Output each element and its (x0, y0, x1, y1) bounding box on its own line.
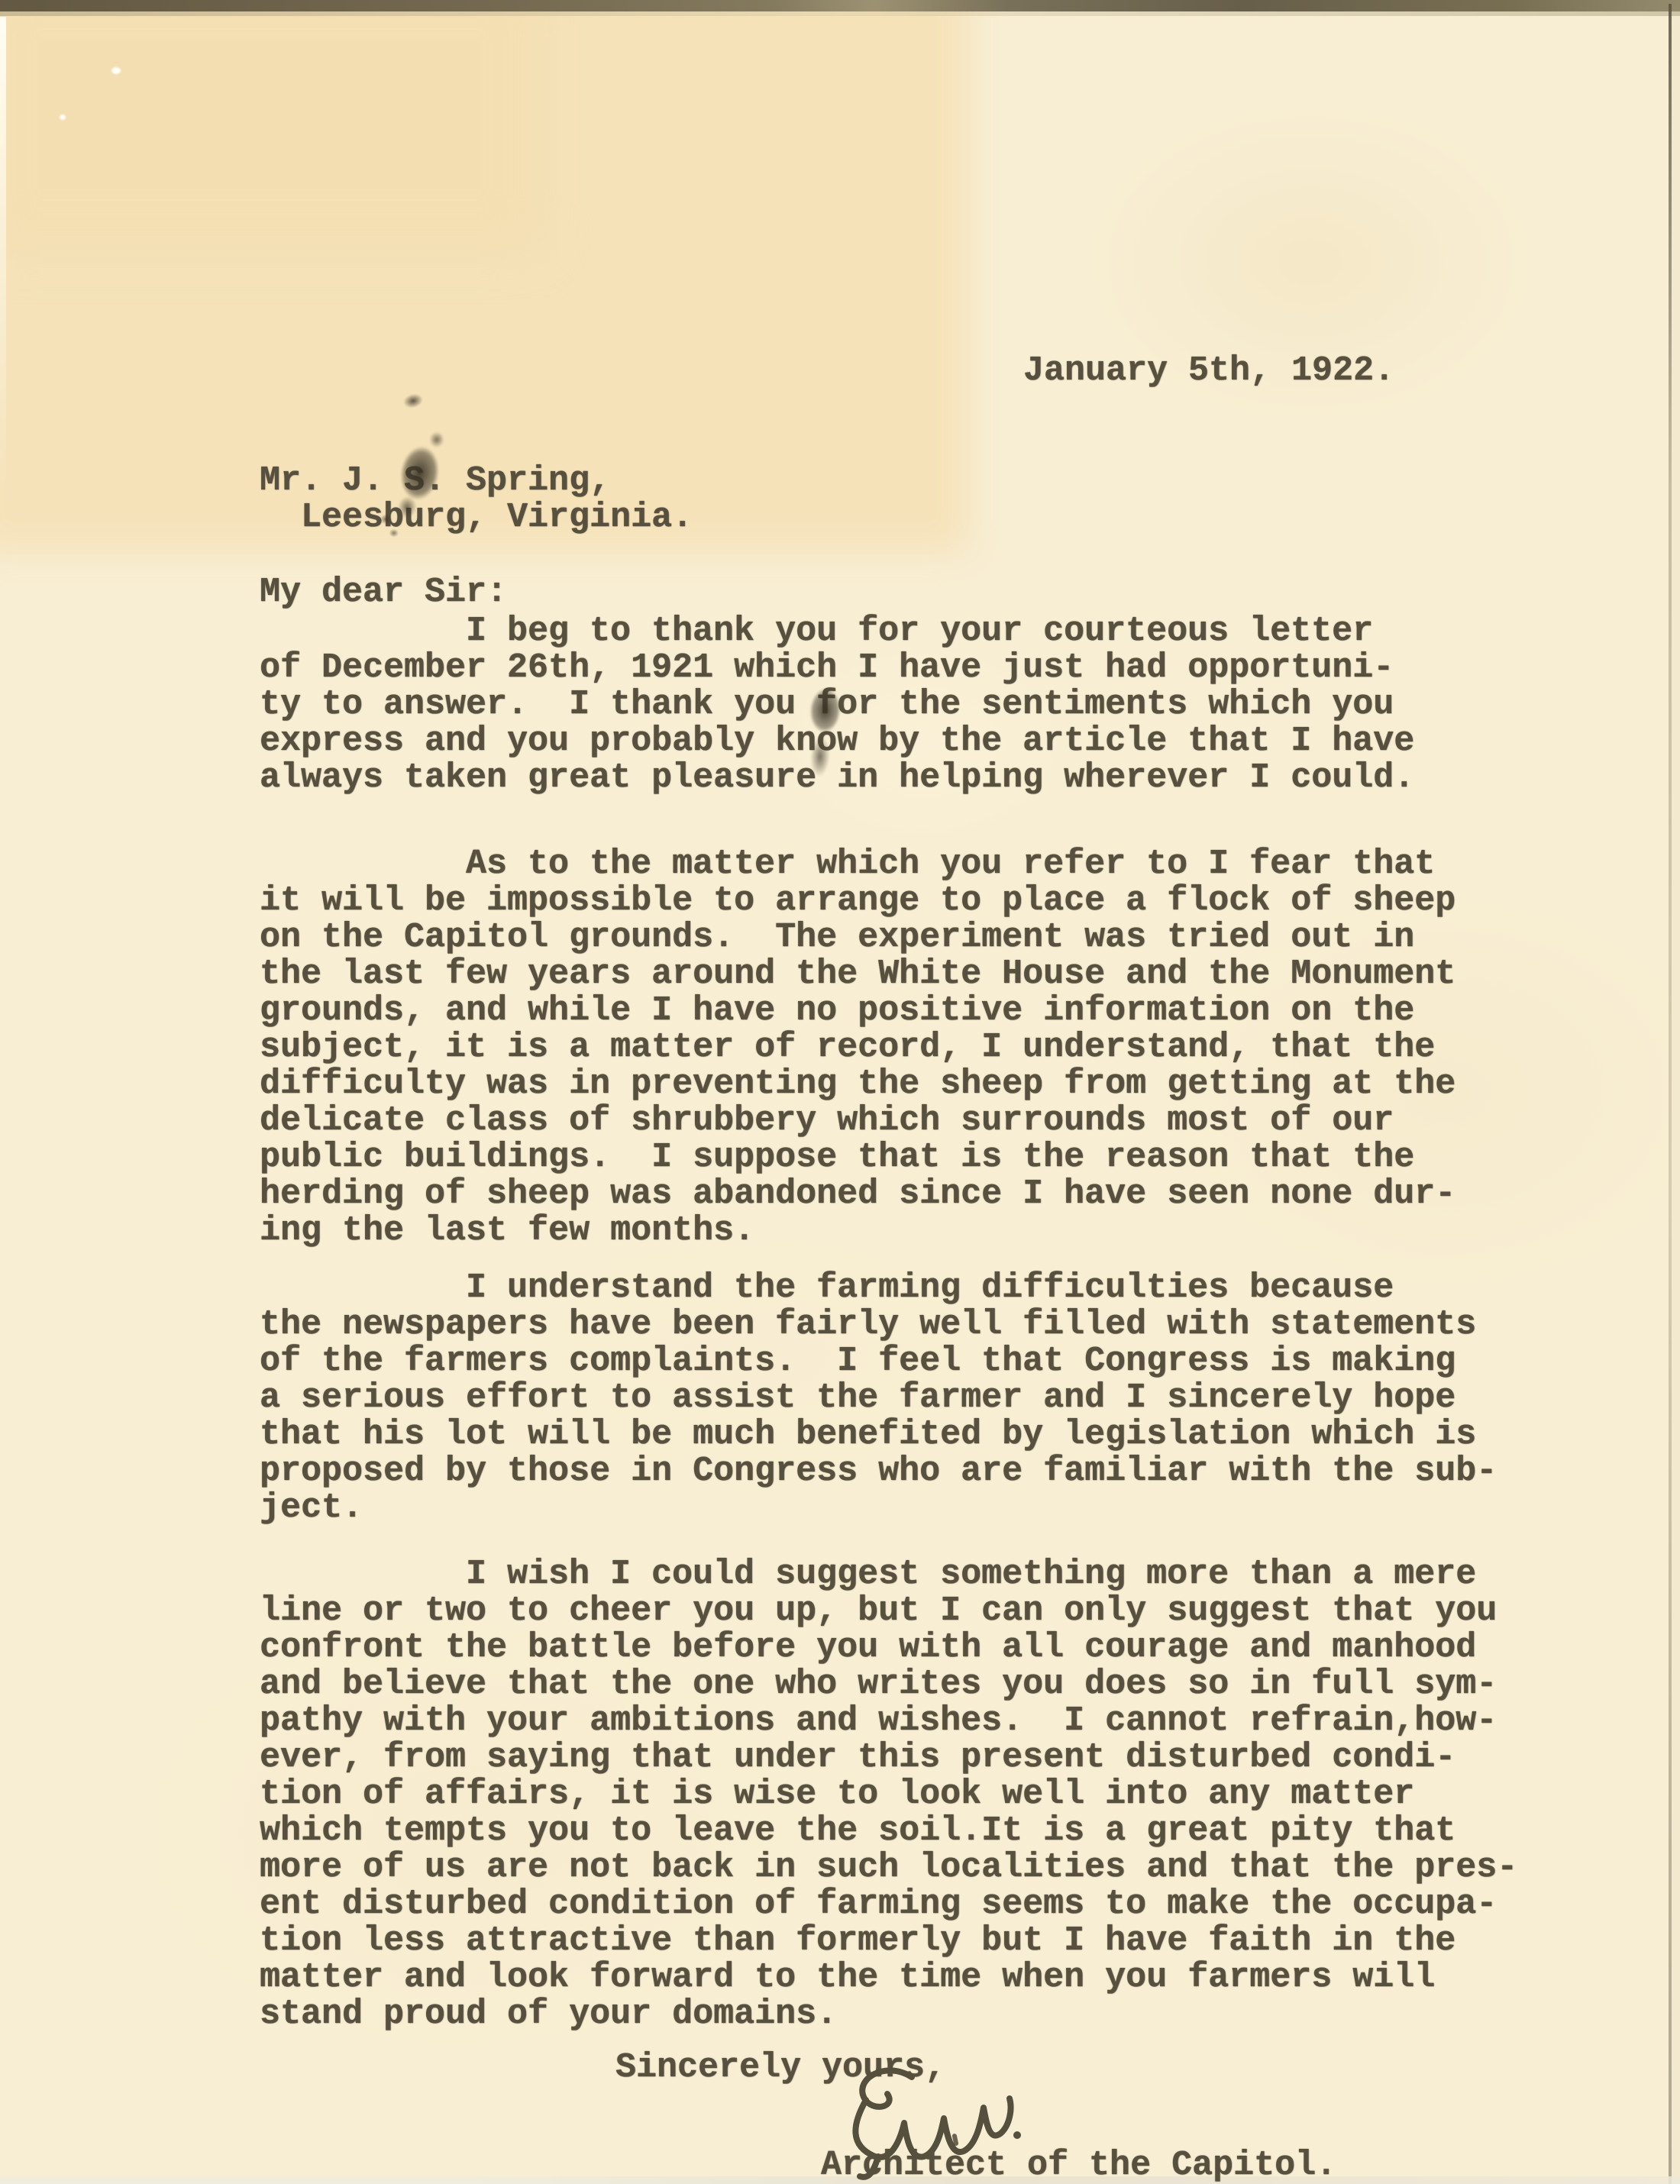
scan-right-edge-line (1669, 4, 1672, 2184)
recipient-city: Leesburg, Virginia. (301, 499, 693, 536)
paper-speck (60, 115, 66, 120)
paragraph-2: As to the matter which you refer to I fe… (260, 846, 1573, 1249)
signature-scrawl (838, 2059, 1029, 2184)
paper-stain-patch-inner (0, 0, 542, 252)
scan-top-edge (0, 0, 1680, 11)
salutation: My dear Sir: (260, 574, 507, 611)
scanned-letter-page: January 5th, 1922. Mr. J. S. Spring, Lee… (0, 0, 1680, 2184)
paragraph-1: I beg to thank you for your courteous le… (260, 613, 1573, 796)
scan-top-edge-shadow (0, 11, 1680, 16)
paragraph-3: I understand the farming difficulties be… (260, 1270, 1573, 1527)
scan-right-margin (1672, 0, 1680, 2184)
paragraph-4: I wish I could suggest something more th… (260, 1556, 1573, 2033)
paper-speck (111, 67, 121, 74)
recipient-name: Mr. J. S. Spring, (260, 463, 610, 499)
scan-left-glare (0, 17, 6, 490)
date-line: January 5th, 1922. (1023, 353, 1394, 389)
